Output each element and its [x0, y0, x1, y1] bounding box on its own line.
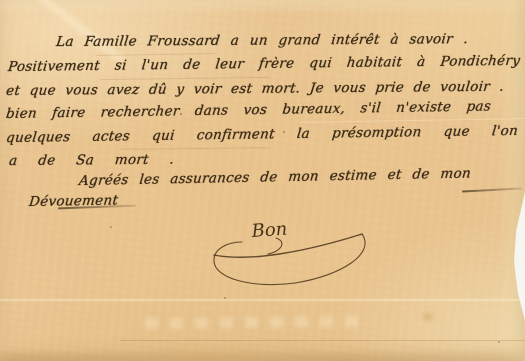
paper-speck — [224, 297, 226, 299]
closing-flourish-stroke — [462, 187, 522, 192]
paper-crease — [120, 340, 525, 341]
signature-block: Bon — [200, 208, 390, 293]
letter-line-5: quelques actes qui confirment la présomp… — [5, 122, 519, 148]
closing-line-2: Dévouement — [28, 191, 119, 212]
scanned-letter-photo: La Famille Froussard a un grand intérêt … — [0, 0, 525, 361]
faint-ink-stroke — [120, 147, 270, 150]
letter-line-1: La Famille Froussard a un grand intérêt … — [55, 30, 469, 52]
show-through-text — [145, 316, 360, 329]
letter-line-2: Positivement si l'un de leur frère qui h… — [7, 52, 521, 77]
letter-line-6: a de Sa mort . — [8, 151, 175, 171]
signature-flourish — [214, 234, 362, 257]
signature: Bon — [250, 219, 288, 243]
paper-stain — [423, 313, 433, 321]
paper-speck — [110, 226, 112, 228]
paper-speck — [498, 341, 500, 343]
paper-crease — [0, 299, 525, 301]
paper: La Famille Froussard a un grand intérêt … — [0, 0, 525, 361]
signature-flourish — [214, 234, 365, 285]
